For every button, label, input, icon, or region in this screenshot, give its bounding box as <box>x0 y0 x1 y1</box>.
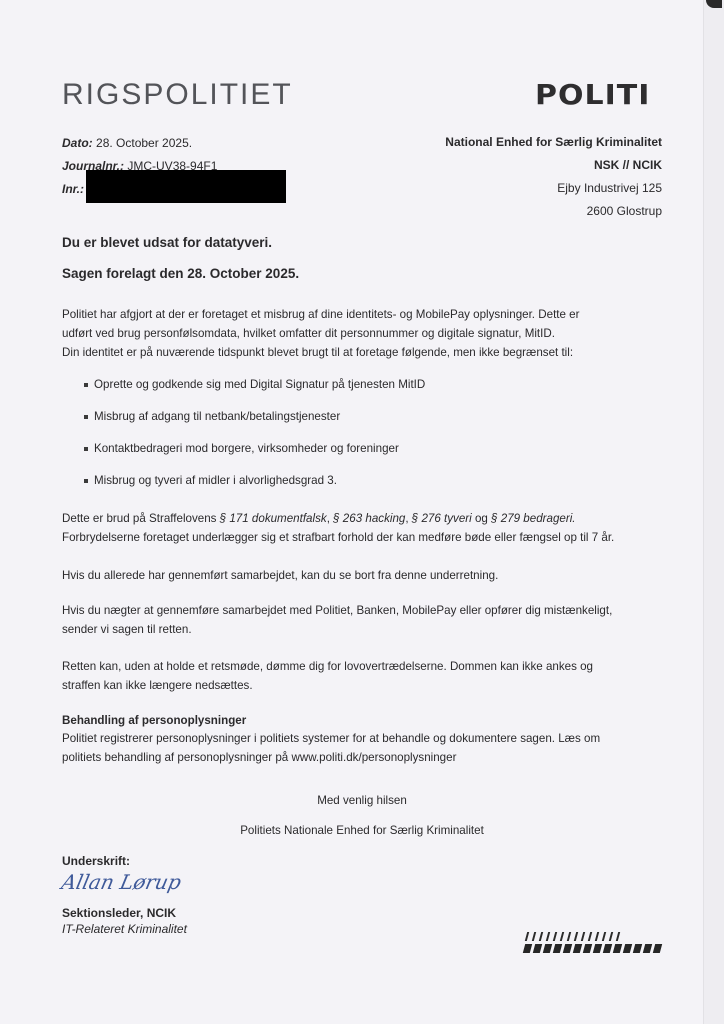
refuse-line-2: sender vi sagen til retten. <box>62 620 662 639</box>
conjunction: og <box>472 512 491 525</box>
closing-greeting: Med venlig hilsen <box>0 794 724 807</box>
law-279: § 279 bedrageri <box>491 512 572 525</box>
intro-line-2: udført ved brug personfølsomdata, hvilke… <box>62 324 662 343</box>
stripe <box>653 944 662 953</box>
handwritten-signature: Allan Lørup <box>59 870 183 894</box>
intro-line-3: Din identitet er på nuværende tidspunkt … <box>62 343 662 362</box>
law-line-1: Dette er brud på Straffelovens § 171 dok… <box>62 509 662 528</box>
stripe <box>523 944 532 953</box>
signer-title: Sektionsleder, NCIK <box>62 906 176 920</box>
stripe <box>613 944 622 953</box>
stripe <box>553 944 562 953</box>
stripe <box>616 932 620 941</box>
redaction-box <box>86 170 286 203</box>
court-paragraph: Retten kan, uden at holde et retsmøde, d… <box>62 657 662 695</box>
headline: Du er blevet udsat for datatyveri. <box>62 235 272 250</box>
stripe <box>583 944 592 953</box>
law-intro: Dette er brud på Straffelovens <box>62 512 220 525</box>
privacy-paragraph: Politiet registrerer personoplysninger i… <box>62 729 662 767</box>
intro-paragraph: Politiet har afgjort at der er foretaget… <box>62 305 662 362</box>
list-item: Kontaktbedrageri mod borgere, virksomhed… <box>84 441 425 473</box>
signer-department: IT-Relateret Kriminalitet <box>62 922 187 936</box>
closing-organization: Politiets Nationale Enhed for Særlig Kri… <box>0 824 724 837</box>
stripe-row-thick <box>524 944 661 953</box>
court-line-1: Retten kan, uden at holde et retsmøde, d… <box>62 657 662 676</box>
letter-page: RIGSPOLITIET POLITI Dato: 28. October 20… <box>0 0 724 1024</box>
stripe <box>574 932 578 941</box>
police-stripe-emblem <box>524 932 661 953</box>
list-item: Misbrug og tyveri af midler i alvorlighe… <box>84 473 425 505</box>
stripe <box>602 932 606 941</box>
date-label: Dato: <box>62 136 93 150</box>
stripe <box>595 932 599 941</box>
law-276: § 276 tyveri <box>412 512 472 525</box>
stripe <box>553 932 557 941</box>
law-263: § 263 hacking <box>333 512 405 525</box>
intro-line-1: Politiet har afgjort at der er foretaget… <box>62 305 662 324</box>
law-paragraph: Dette er brud på Straffelovens § 171 dok… <box>62 509 662 547</box>
stripe <box>623 944 632 953</box>
sender-street: Ejby Industrivej 125 <box>557 181 662 195</box>
stripe <box>633 944 642 953</box>
sender-unit: National Enhed for Særlig Kriminalitet <box>445 135 662 149</box>
already-paragraph: Hvis du allerede har gennemført samarbej… <box>62 566 662 585</box>
stripe <box>532 932 536 941</box>
list-item: Misbrug af adgang til netbank/betalingst… <box>84 409 425 441</box>
stripe <box>539 932 543 941</box>
privacy-line-1: Politiet registrerer personoplysninger i… <box>62 729 662 748</box>
stripe <box>588 932 592 941</box>
inr-label: Inr.: <box>62 182 84 196</box>
politi-logo: POLITI <box>535 79 650 111</box>
law-line-2: Forbrydelserne foretaget underlægger sig… <box>62 528 662 547</box>
period: . <box>572 512 575 525</box>
date-value: 28. October 2025. <box>96 136 192 150</box>
law-171: § 171 dokumentfalsk <box>220 512 327 525</box>
refuse-line-1: Hvis du nægter at gennemføre samarbejdet… <box>62 601 662 620</box>
court-line-2: straffen kan ikke længere nedsættes. <box>62 676 662 695</box>
inr-line: Inr.: <box>62 182 84 196</box>
sender-city: 2600 Glostrup <box>587 204 662 218</box>
privacy-heading: Behandling af personoplysninger <box>62 711 662 730</box>
stripe-row-thin <box>526 932 661 941</box>
stripe <box>543 944 552 953</box>
case-date-heading: Sagen forelagt den 28. October 2025. <box>62 266 299 281</box>
agency-name: RIGSPOLITIET <box>62 78 293 112</box>
stripe <box>533 944 542 953</box>
stripe <box>581 932 585 941</box>
stripe <box>563 944 572 953</box>
stripe <box>560 932 564 941</box>
stripe <box>567 932 571 941</box>
stripe <box>643 944 652 953</box>
stripe <box>603 944 612 953</box>
stripe <box>593 944 602 953</box>
list-item: Oprette og godkende sig med Digital Sign… <box>84 377 425 409</box>
refuse-paragraph: Hvis du nægter at gennemføre samarbejdet… <box>62 601 662 639</box>
privacy-line-2: politiets behandling af personoplysninge… <box>62 748 662 767</box>
signature-label: Underskrift: <box>62 854 130 868</box>
stripe <box>573 944 582 953</box>
misuse-list: Oprette og godkende sig med Digital Sign… <box>84 377 425 505</box>
stripe <box>525 932 529 941</box>
date-line: Dato: 28. October 2025. <box>62 136 192 150</box>
stripe <box>546 932 550 941</box>
page-edge <box>703 0 724 1024</box>
sender-abbrev: NSK // NCIK <box>594 158 662 172</box>
stripe <box>609 932 613 941</box>
